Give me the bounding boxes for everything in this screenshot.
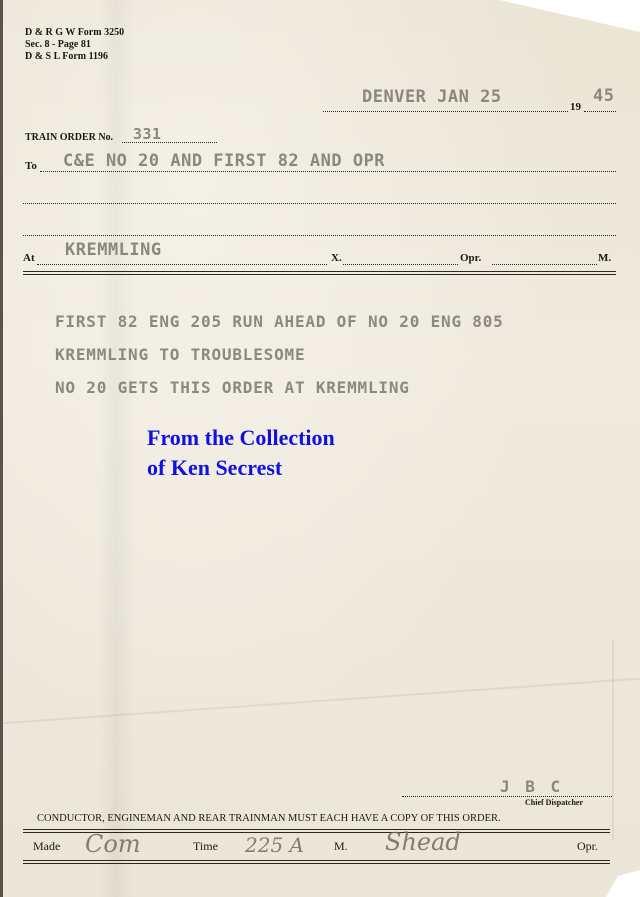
x-label: X. <box>331 252 342 264</box>
at-value: KREMMLING <box>65 240 162 260</box>
copy-notice: CONDUCTOR, ENGINEMAN AND REAR TRAINMAN M… <box>37 813 501 824</box>
order-body: FIRST 82 ENG 205 RUN AHEAD OF NO 20 ENG … <box>55 305 504 404</box>
footer-m-label: M. <box>334 839 348 854</box>
page-edge <box>0 0 3 897</box>
operator-signature: Shead <box>385 828 461 856</box>
watermark-line-1: From the Collection <box>147 423 335 453</box>
train-order-number: 331 <box>133 125 162 143</box>
year-line <box>584 111 616 112</box>
to-label: To <box>25 160 37 172</box>
x-field-line <box>343 264 458 265</box>
year-prefix: 19 <box>570 101 581 113</box>
made-label: Made <box>33 839 60 854</box>
dispatcher-initials: J B C <box>500 777 563 796</box>
made-value: Com <box>85 830 141 858</box>
at-field-line <box>37 264 327 265</box>
form-id-line-1: D & R G W Form 3250 <box>25 27 124 39</box>
order-line-2: KREMMLING TO TROUBLESOME <box>55 338 504 371</box>
year-value: 45 <box>593 86 614 106</box>
time-label: Time <box>193 839 218 854</box>
collection-watermark: From the Collection of Ken Secrest <box>147 423 335 483</box>
footer-opr-label: Opr. <box>577 839 598 854</box>
m-label: M. <box>598 252 611 264</box>
to-line <box>40 171 616 172</box>
paper-crease <box>1 678 640 725</box>
blank-line-2 <box>23 235 616 236</box>
form-identifier: D & R G W Form 3250 Sec. 8 - Page 81 D &… <box>25 27 124 63</box>
footer-divider <box>23 860 610 864</box>
paper-crease <box>612 640 614 840</box>
order-line-3: NO 20 GETS THIS ORDER AT KREMMLING <box>55 371 504 404</box>
date-line <box>323 111 568 112</box>
place-date-value: DENVER JAN 25 <box>362 87 502 107</box>
to-value: C&E NO 20 AND FIRST 82 AND OPR <box>63 151 385 171</box>
train-order-line <box>122 142 217 143</box>
opr-label: Opr. <box>460 252 481 264</box>
chief-dispatcher-label: Chief Dispatcher <box>525 798 583 807</box>
train-order-label: TRAIN ORDER No. <box>25 132 113 143</box>
form-id-line-2: Sec. 8 - Page 81 <box>25 39 124 51</box>
blank-line-1 <box>23 203 616 204</box>
header-divider <box>23 271 616 275</box>
order-line-1: FIRST 82 ENG 205 RUN AHEAD OF NO 20 ENG … <box>55 305 504 338</box>
opr-field-line <box>492 264 597 265</box>
at-label: At <box>23 252 35 264</box>
form-id-line-3: D & S L Form 1196 <box>25 51 124 63</box>
dispatcher-line <box>402 796 612 797</box>
time-value: 225 A <box>245 833 304 857</box>
watermark-line-2: of Ken Secrest <box>147 453 335 483</box>
